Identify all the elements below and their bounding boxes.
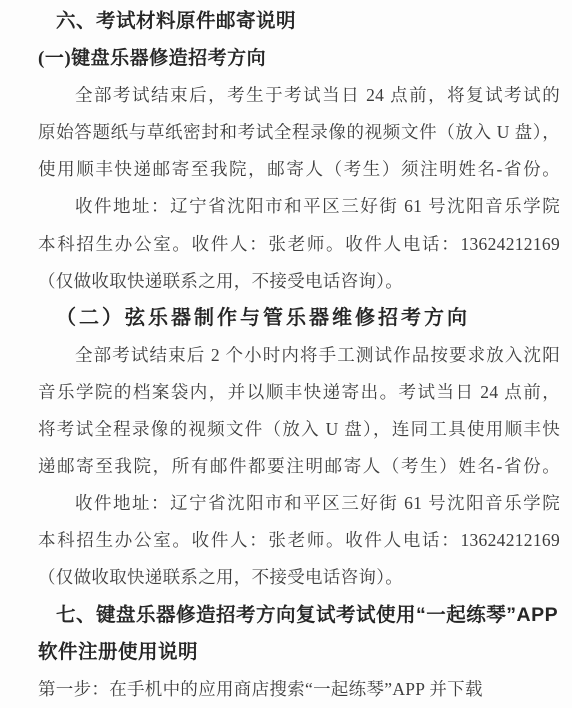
section-seven-heading-line-1: 七、键盘乐器修造招考方向复试考试使用“一起练琴”APP: [38, 597, 560, 634]
step-one-line: 第一步：在手机中的应用商店搜索“一起练琴”APP 并下载: [38, 671, 560, 708]
keyboard-direction-heading: (一)键盘乐器修造招考方向: [38, 40, 560, 77]
strings-mailing-line-3: 将考试全程录像的视频文件（放入 U 盘），连同工具使用顺丰快: [38, 411, 560, 448]
strings-mailing-line-1: 全部考试结束后 2 个小时内将手工测试作品按要求放入沈阳: [38, 337, 560, 374]
section-six-heading: 六、考试材料原件邮寄说明: [38, 3, 560, 40]
section-seven-heading-line-2: 软件注册使用说明: [38, 634, 560, 671]
strings-mailing-line-2: 音乐学院的档案袋内，并以顺丰快递寄出。考试当日 24 点前，: [38, 374, 560, 411]
keyboard-address-line-3: （仅做收取快递联系之用，不接受电话咨询）。: [38, 263, 560, 300]
document-page: 六、考试材料原件邮寄说明 (一)键盘乐器修造招考方向 全部考试结束后，考生于考试…: [0, 0, 572, 708]
keyboard-mailing-line-1: 全部考试结束后，考生于考试当日 24 点前，将复试考试的: [38, 77, 560, 114]
strings-address-line-1: 收件地址：辽宁省沈阳市和平区三好街 61 号沈阳音乐学院: [38, 485, 560, 522]
strings-address-line-2: 本科招生办公室。收件人：张老师。收件人电话：13624212169: [38, 522, 560, 559]
strings-mailing-line-4: 递邮寄至我院，所有邮件都要注明邮寄人（考生）姓名-省份。: [38, 448, 560, 485]
keyboard-address-line-2: 本科招生办公室。收件人：张老师。收件人电话：13624212169: [38, 226, 560, 263]
keyboard-mailing-line-2: 原始答题纸与草纸密封和考试全程录像的视频文件（放入 U 盘），: [38, 114, 560, 151]
strings-direction-heading: （二）弦乐器制作与管乐器维修招考方向: [38, 300, 560, 337]
keyboard-address-line-1: 收件地址：辽宁省沈阳市和平区三好街 61 号沈阳音乐学院: [38, 188, 560, 225]
strings-address-line-3: （仅做收取快递联系之用，不接受电话咨询）。: [38, 559, 560, 596]
keyboard-mailing-line-3: 使用顺丰快递邮寄至我院，邮寄人（考生）须注明姓名-省份。: [38, 151, 560, 188]
